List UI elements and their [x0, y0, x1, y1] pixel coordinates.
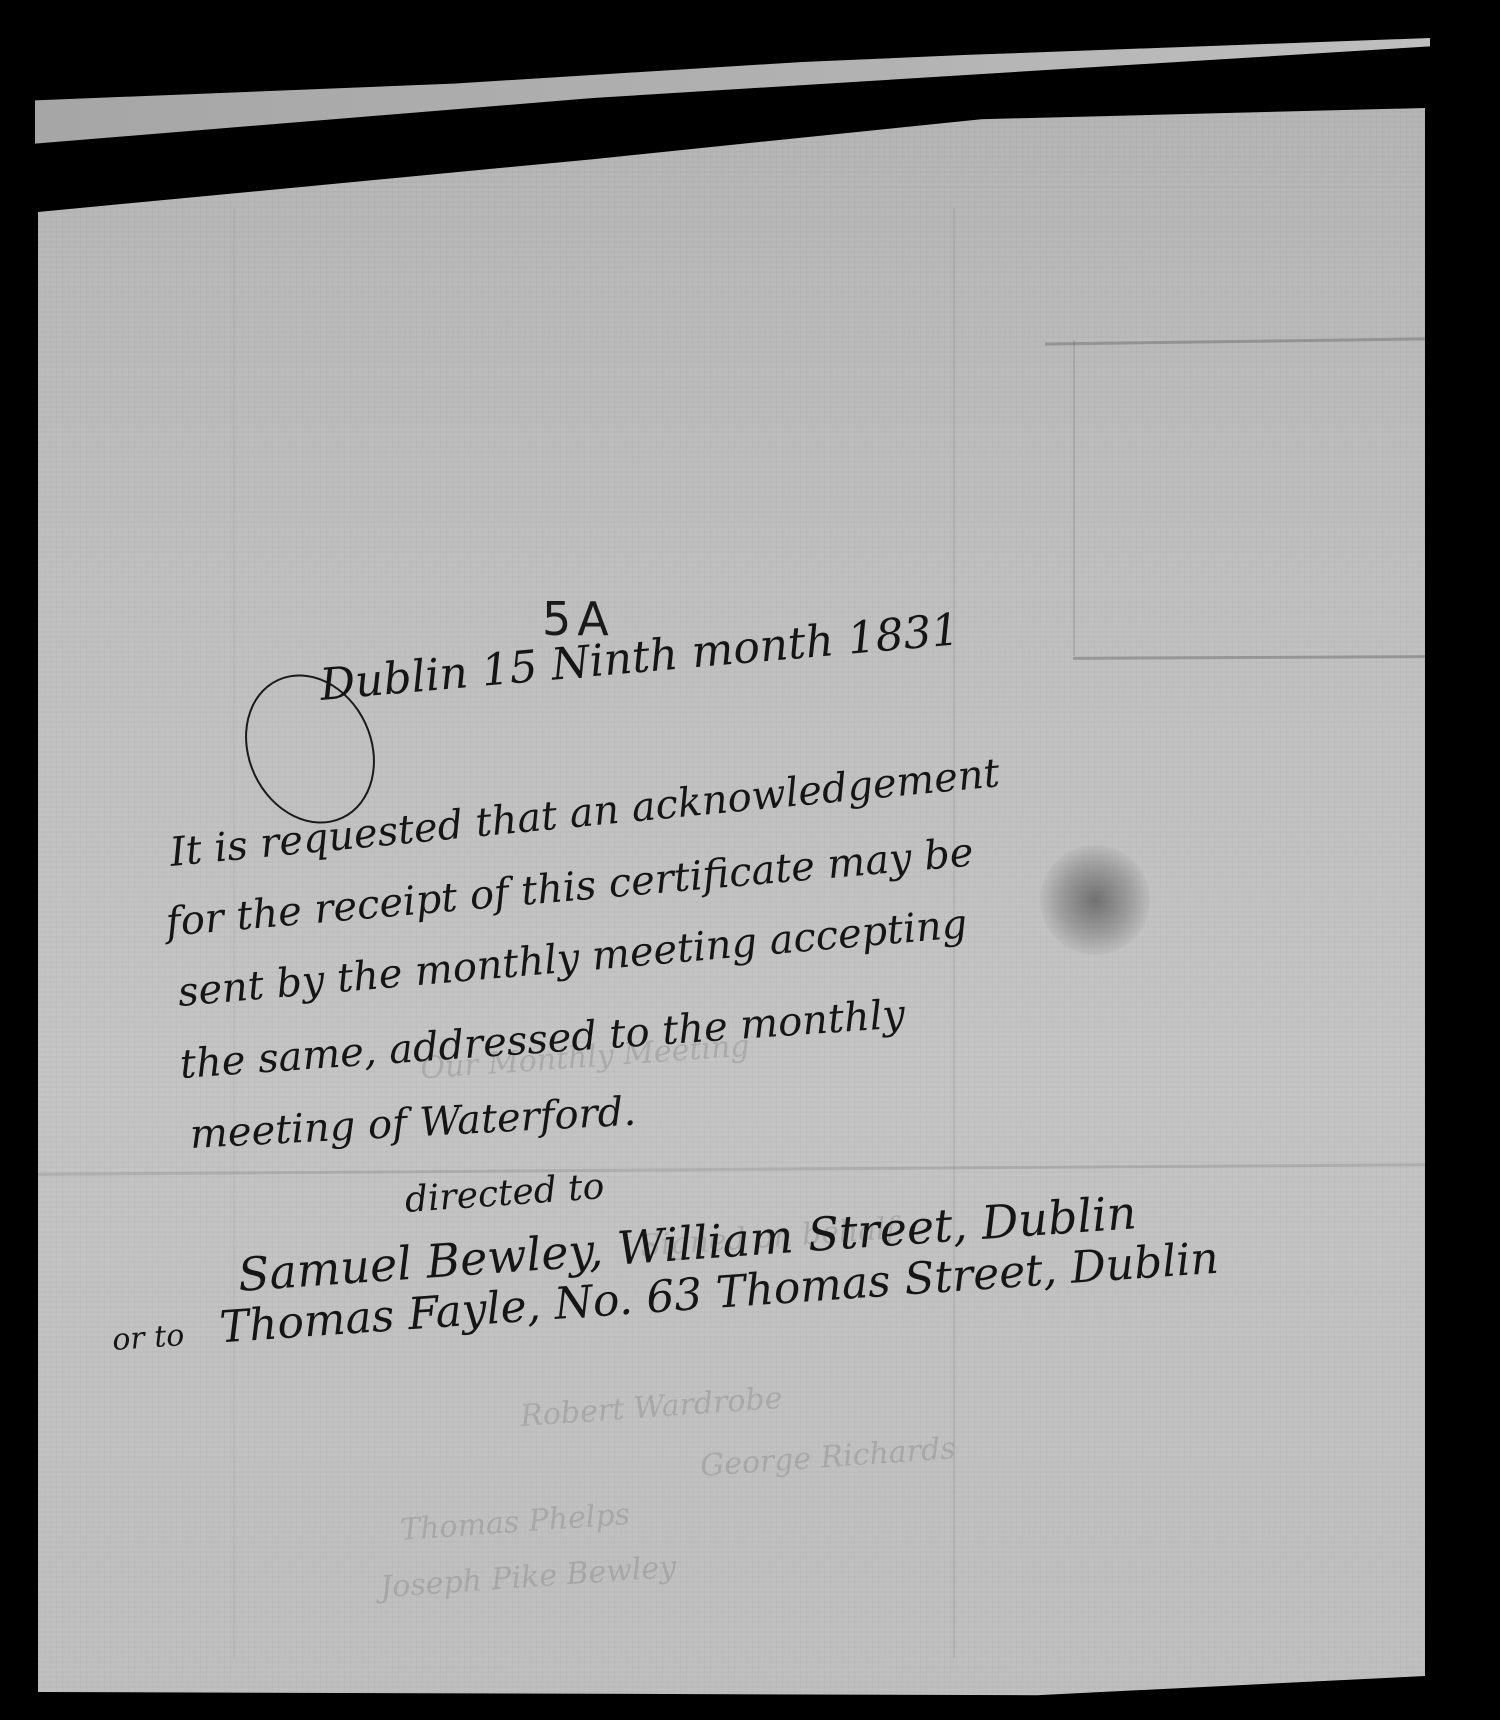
address-panel-border [1045, 337, 1425, 345]
ink-stain [1040, 845, 1150, 955]
address-panel-border [1073, 655, 1425, 660]
address-panel-border [1073, 340, 1075, 656]
fold-crease [38, 1163, 1425, 1176]
addressee-prefix: or to [111, 1318, 185, 1358]
